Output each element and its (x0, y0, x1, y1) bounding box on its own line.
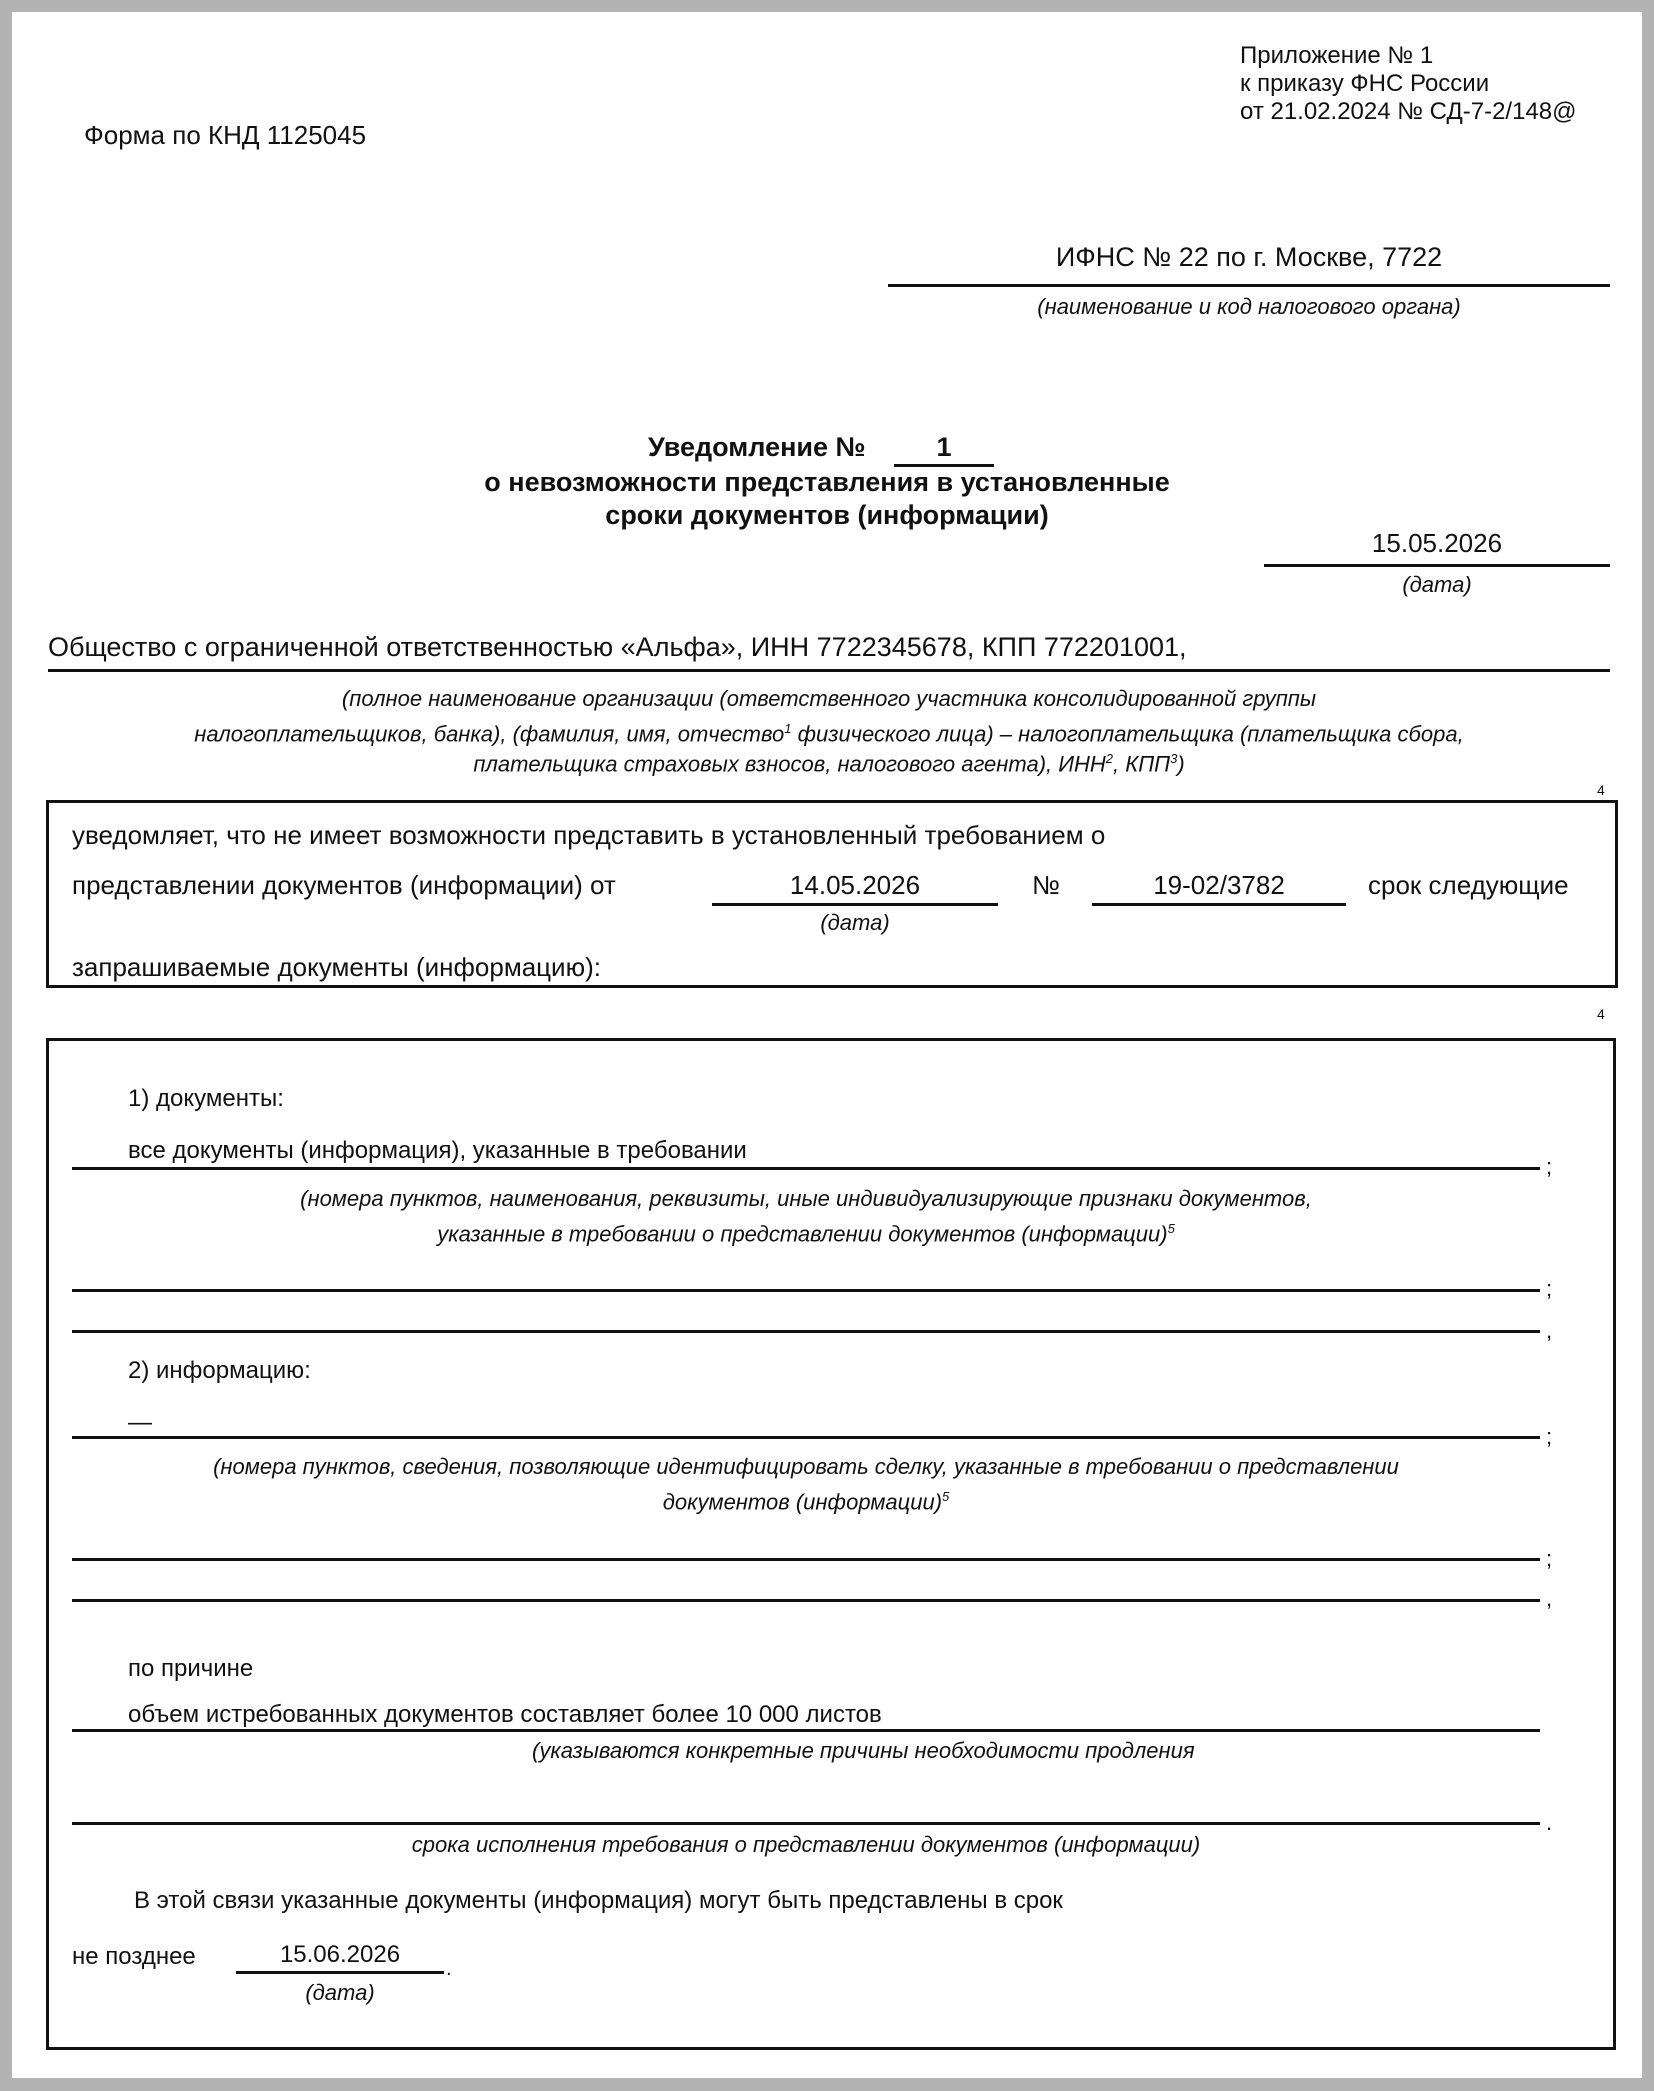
documents-underline (72, 1167, 1540, 1170)
tax-authority-underline (888, 284, 1610, 287)
notice-date-field[interactable]: 15.05.2026 (1264, 528, 1610, 558)
comma: , (1546, 1316, 1552, 1346)
information-extra-line-2[interactable] (72, 1599, 1540, 1602)
document-page: Форма по КНД 1125045 Приложение № 1 к пр… (12, 12, 1642, 2078)
title-label: Уведомление № (648, 432, 866, 462)
information-label: 2) информацию: (128, 1356, 311, 1386)
documents-field[interactable]: все документы (информация), указанные в … (128, 1136, 747, 1166)
tax-authority-field[interactable]: ИФНС № 22 по г. Москве, 7722 (888, 242, 1610, 272)
title-line-2: о невозможности представления в установл… (352, 467, 1302, 497)
reason-extra-line[interactable] (72, 1822, 1540, 1825)
information-underline (72, 1436, 1540, 1439)
request-line-2-suffix: срок следующие (1368, 870, 1569, 900)
conclusion-text: В этой связи указанные документы (информ… (134, 1886, 1063, 1916)
deadline-field[interactable]: 15.06.2026 (236, 1940, 444, 1970)
semicolon: ; (1546, 1152, 1552, 1182)
number-sign: № (1032, 870, 1060, 900)
tax-authority-hint: (наименование и код налогового органа) (888, 292, 1610, 322)
organization-underline (48, 669, 1610, 672)
information-field[interactable]: — (128, 1408, 152, 1438)
information-hint-line-1: (номера пунктов, сведения, позволяющие и… (72, 1452, 1540, 1482)
deadline-hint: (дата) (236, 1978, 444, 2008)
documents-label: 1) документы: (128, 1084, 284, 1114)
organization-hint-line-1: (полное наименование организации (ответс… (48, 684, 1610, 714)
reason-label: по причине (128, 1654, 253, 1684)
organization-field[interactable]: Общество с ограниченной ответственностью… (48, 632, 1187, 662)
semicolon: ; (1546, 1422, 1552, 1452)
footnote-mark: 4 (1597, 1006, 1605, 1022)
request-number-field[interactable]: 19-02/3782 (1092, 870, 1346, 900)
footnote-mark: 4 (1597, 782, 1605, 798)
appendix-line-3: от 21.02.2024 № СД-7-2/148@ (1240, 98, 1577, 126)
documents-extra-line-2[interactable] (72, 1330, 1540, 1333)
request-line-3: запрашиваемые документы (информацию): (72, 952, 601, 982)
request-number-underline (1092, 903, 1346, 906)
request-line-2-prefix: представлении документов (информации) от (72, 870, 616, 900)
notice-date-hint: (дата) (1264, 570, 1610, 600)
request-line-1: уведомляет, что не имеет возможности пре… (72, 820, 1105, 850)
comma: , (1546, 1584, 1552, 1614)
documents-extra-line-1[interactable] (72, 1289, 1540, 1292)
deadline-label: не позднее (72, 1942, 196, 1972)
notice-date-underline (1264, 564, 1610, 567)
period: . (1546, 1808, 1552, 1838)
request-date-underline (712, 903, 998, 906)
request-date-hint: (дата) (712, 908, 998, 938)
semicolon: ; (1546, 1274, 1552, 1304)
form-code: Форма по КНД 1125045 (84, 120, 366, 150)
semicolon: ; (1546, 1544, 1552, 1574)
reason-hint-line-2: срока исполнения требования о представле… (72, 1830, 1540, 1860)
information-hint-line-2: документов (информации)5 (72, 1482, 1540, 1517)
reason-underline (72, 1729, 1540, 1732)
deadline-underline (236, 1971, 444, 1974)
appendix-line-1: Приложение № 1 (1240, 42, 1433, 70)
information-extra-line-1[interactable] (72, 1558, 1540, 1561)
reason-field[interactable]: объем истребованных документов составляе… (128, 1700, 882, 1730)
request-date-field[interactable]: 14.05.2026 (712, 870, 998, 900)
documents-hint-line-2: указанные в требовании о представлении д… (72, 1214, 1540, 1249)
notice-number-field[interactable]: 1 (894, 432, 994, 462)
appendix-line-2: к приказу ФНС России (1240, 70, 1489, 98)
period: . (446, 1954, 452, 1984)
organization-hint-line-3: плательщика страховых взносов, налоговог… (48, 744, 1610, 779)
documents-hint-line-1: (номера пунктов, наименования, реквизиты… (72, 1184, 1540, 1214)
reason-hint-line-1: (указываются конкретные причины необходи… (532, 1736, 1195, 1766)
title-line-3: сроки документов (информации) (352, 500, 1302, 530)
